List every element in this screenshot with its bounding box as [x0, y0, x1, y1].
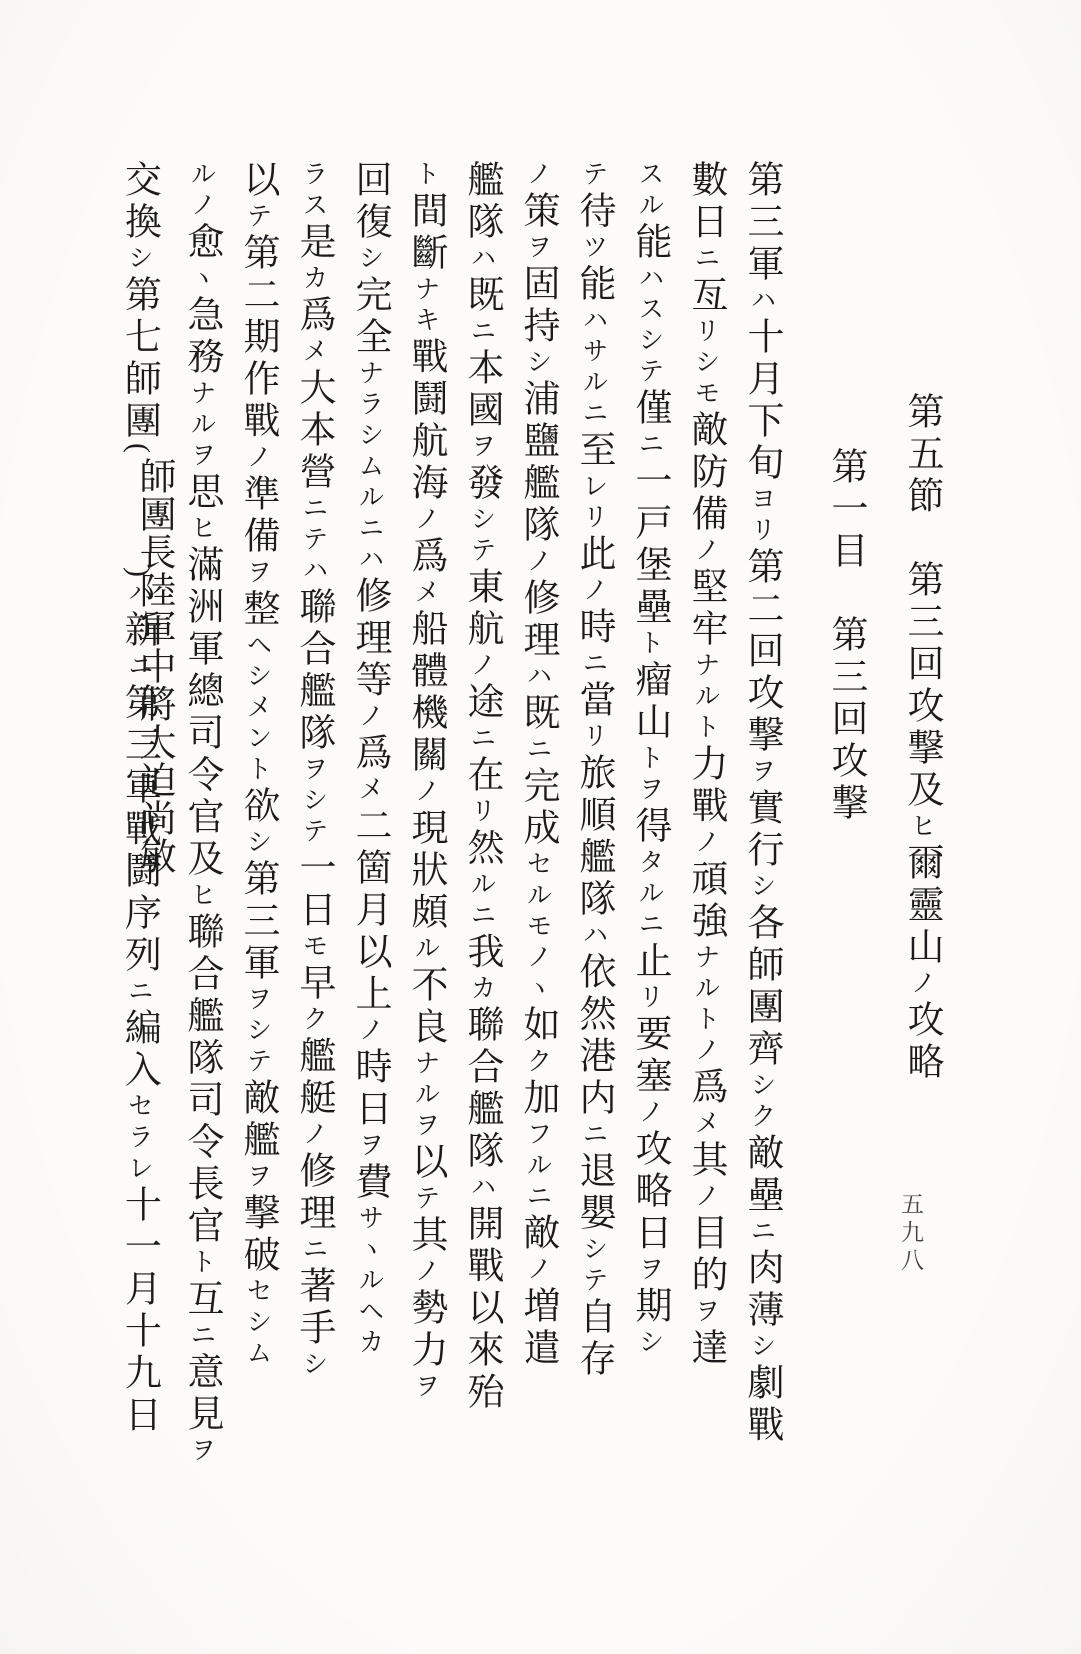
glyph: シ — [523, 348, 552, 379]
glyph: カ — [299, 264, 328, 295]
glyph: 劇 — [741, 1363, 782, 1405]
glyph: 軍 — [741, 244, 782, 286]
glyph: シ — [243, 828, 272, 859]
glyph: 敵 — [741, 1133, 782, 1175]
glyph: サ — [579, 337, 608, 368]
glyph: 聯 — [293, 587, 334, 629]
glyph: テ — [579, 1266, 608, 1297]
glyph: 關 — [405, 735, 446, 777]
glyph: メ — [355, 775, 384, 806]
glyph: 撃 — [901, 728, 942, 770]
glyph: 待 — [573, 191, 614, 233]
glyph: ニ — [579, 1120, 608, 1151]
glyph: ニ — [635, 910, 664, 941]
glyph: 肉 — [741, 1248, 782, 1290]
glyph: ノ — [691, 1036, 720, 1067]
glyph: ヲ — [747, 757, 776, 788]
glyph: ヽ — [523, 974, 552, 1005]
glyph: 意 — [181, 1352, 222, 1394]
glyph: ノ — [523, 160, 552, 191]
glyph: 爾 — [901, 843, 942, 885]
glyph: 師 — [133, 457, 174, 495]
glyph: ハ — [747, 286, 776, 317]
glyph: 序 — [118, 893, 159, 935]
glyph: 頗 — [405, 892, 446, 934]
glyph: ヽ — [187, 264, 216, 295]
glyph: 隊 — [293, 713, 334, 755]
glyph: 略 — [901, 1042, 942, 1084]
glyph: 第 — [118, 683, 159, 725]
glyph: ス — [635, 295, 664, 326]
glyph: シ — [299, 786, 328, 817]
glyph: 第 — [741, 160, 782, 202]
glyph: ニ — [467, 724, 496, 755]
glyph: ル — [355, 1266, 384, 1297]
glyph: 艦 — [573, 837, 614, 879]
glyph: ル — [187, 410, 216, 441]
glyph: シ — [635, 326, 664, 357]
glyph: メ — [691, 1109, 720, 1140]
glyph: 艦 — [293, 671, 334, 713]
glyph: 斷 — [405, 233, 446, 275]
glyph: 三 — [825, 657, 866, 699]
glyph: 戸 — [629, 503, 670, 545]
glyph: 途 — [461, 682, 502, 724]
glyph: 目 — [685, 1213, 726, 1255]
glyph: ラ — [299, 160, 328, 191]
glyph: 師 — [118, 359, 159, 401]
glyph: リ — [579, 503, 608, 534]
glyph: 勢 — [405, 1288, 446, 1330]
glyph: 艦 — [517, 463, 558, 505]
glyph: 列 — [118, 935, 159, 977]
glyph: 一 — [825, 489, 866, 531]
glyph: 以 — [405, 1142, 446, 1184]
glyph: 愈 — [181, 222, 222, 264]
glyph: レ — [124, 1154, 153, 1185]
glyph: 達 — [685, 1328, 726, 1370]
glyph: 止 — [629, 941, 670, 983]
glyph: 力 — [685, 744, 726, 786]
glyph: 各 — [741, 903, 782, 945]
glyph: ナ — [691, 651, 720, 682]
glyph: 現 — [405, 808, 446, 850]
glyph: ル — [411, 934, 440, 965]
glyph: 艦 — [461, 160, 502, 202]
glyph: 戰 — [741, 1405, 782, 1447]
glyph: 準 — [237, 474, 278, 516]
glyph: ナ — [187, 379, 216, 410]
glyph: ノ — [355, 702, 384, 733]
glyph: ル — [635, 191, 664, 222]
glyph: 的 — [685, 1255, 726, 1297]
glyph: 第 — [118, 275, 159, 317]
glyph: 月 — [741, 359, 782, 401]
page-number: 五九八 — [899, 1192, 922, 1276]
glyph: ノ — [411, 1257, 440, 1288]
glyph: ノ — [907, 969, 936, 1000]
glyph: セ — [243, 1277, 272, 1308]
glyph: ハ — [579, 921, 608, 952]
glyph: 著 — [293, 1266, 334, 1308]
glyph: 聯 — [181, 912, 222, 954]
glyph: 來 — [461, 1330, 502, 1372]
glyph: 壘 — [741, 1175, 782, 1217]
glyph: 行 — [741, 830, 782, 872]
glyph: ヲ — [187, 1436, 216, 1467]
glyph: 増 — [517, 1286, 558, 1328]
glyph: 壘 — [629, 587, 670, 629]
glyph: ト — [691, 1005, 720, 1036]
glyph: 九 — [898, 1220, 923, 1248]
glyph: 日 — [349, 1089, 390, 1131]
glyph: リ — [579, 722, 608, 753]
glyph: ハ — [523, 662, 552, 693]
glyph: フ — [523, 1120, 552, 1151]
glyph: 實 — [741, 788, 782, 830]
glyph: 存 — [573, 1339, 614, 1381]
warichu-open-bracket: ( — [122, 443, 155, 455]
glyph: メ — [299, 337, 328, 368]
glyph: 一 — [629, 461, 670, 503]
glyph: 務 — [181, 337, 222, 379]
glyph: 海 — [405, 463, 446, 505]
glyph: 破 — [237, 1235, 278, 1277]
glyph: ノ — [523, 1255, 552, 1286]
glyph: 成 — [517, 808, 558, 850]
glyph: 令 — [181, 1122, 222, 1164]
glyph: 換 — [118, 202, 159, 244]
glyph: 二 — [349, 806, 390, 848]
glyph: 旬 — [741, 443, 782, 485]
glyph: 然 — [573, 994, 614, 1036]
glyph: ル — [691, 682, 720, 713]
glyph: ル — [355, 483, 384, 514]
glyph: セ — [523, 850, 552, 881]
glyph: 狀 — [405, 850, 446, 892]
glyph: 上 — [349, 974, 390, 1016]
glyph: 一 — [293, 848, 334, 890]
glyph: 然 — [461, 828, 502, 870]
glyph: 復 — [349, 202, 390, 244]
glyph: ニ — [124, 977, 153, 1008]
glyph: 略 — [629, 1171, 670, 1213]
glyph: 山 — [629, 702, 670, 744]
glyph: シ — [243, 662, 272, 693]
glyph: 三 — [741, 202, 782, 244]
glyph: テ — [299, 525, 328, 556]
glyph: ヲ — [299, 755, 328, 786]
glyph: ム — [243, 1339, 272, 1370]
glyph: 合 — [293, 629, 334, 671]
glyph: 第 — [741, 547, 782, 589]
glyph: 費 — [349, 1162, 390, 1204]
glyph: 浦 — [517, 379, 558, 421]
glyph: ヲ — [467, 432, 496, 463]
glyph: 官 — [181, 1206, 222, 1248]
glyph: 持 — [517, 306, 558, 348]
glyph: ノ — [523, 547, 552, 578]
glyph: 以 — [349, 932, 390, 974]
glyph: 期 — [237, 317, 278, 359]
glyph: ス — [635, 160, 664, 191]
glyph: 戰 — [461, 1246, 502, 1288]
glyph: ノ — [187, 191, 216, 222]
glyph: 令 — [181, 755, 222, 797]
glyph: 入 — [118, 1050, 159, 1092]
glyph: 合 — [181, 954, 222, 996]
glyph: モ — [299, 932, 328, 963]
glyph: ル — [635, 879, 664, 910]
glyph: 下 — [741, 401, 782, 443]
glyph: 二 — [741, 589, 782, 631]
glyph: ニ — [579, 399, 608, 430]
glyph: ヘ — [243, 631, 272, 662]
glyph: リ — [635, 983, 664, 1014]
glyph: ノ — [691, 1182, 720, 1213]
glyph: 攻 — [825, 741, 866, 783]
glyph: 得 — [629, 806, 670, 848]
glyph: シ — [243, 1016, 272, 1047]
glyph: ハ — [299, 556, 328, 587]
glyph: 箇 — [349, 848, 390, 890]
glyph: 團 — [741, 987, 782, 1029]
glyph: シ — [355, 421, 384, 452]
glyph: 日 — [685, 202, 726, 244]
glyph: 策 — [517, 191, 558, 233]
glyph: ハ — [579, 306, 608, 337]
glyph: 戰 — [685, 786, 726, 828]
glyph: 嬰 — [573, 1193, 614, 1235]
glyph: 日 — [118, 1395, 159, 1437]
glyph: ナ — [355, 359, 384, 390]
glyph: ヲ — [243, 1162, 272, 1193]
glyph: ノ — [691, 828, 720, 859]
glyph: 敵 — [685, 410, 726, 452]
glyph: 爲 — [349, 733, 390, 775]
glyph: 完 — [349, 275, 390, 317]
glyph: 能 — [629, 222, 670, 264]
glyph: ヲ — [355, 1131, 384, 1162]
glyph: 團 — [133, 495, 174, 533]
glyph: 十 — [741, 317, 782, 359]
glyph: タ — [635, 848, 664, 879]
glyph: 節 — [901, 476, 942, 518]
glyph: ク — [747, 1102, 776, 1133]
glyph: 堡 — [629, 545, 670, 587]
glyph: セ — [124, 1092, 153, 1123]
glyph: ハ — [467, 1173, 496, 1204]
glyph: 編 — [118, 1008, 159, 1050]
glyph: 時 — [573, 607, 614, 649]
glyph: カ — [467, 974, 496, 1005]
glyph: 欲 — [237, 786, 278, 828]
glyph: ル — [579, 368, 608, 399]
glyph: 戰 — [237, 401, 278, 443]
glyph: 塞 — [629, 1056, 670, 1098]
subsection-heading: 第一目 第三回攻撃 — [806, 160, 864, 1490]
glyph: 二 — [237, 275, 278, 317]
glyph: 長 — [133, 533, 174, 571]
glyph: テ — [579, 160, 608, 191]
glyph: 攻 — [901, 1000, 942, 1042]
glyph: 此 — [573, 534, 614, 576]
glyph: メ — [411, 578, 440, 609]
glyph: ハ — [124, 579, 153, 610]
glyph: シ — [747, 1071, 776, 1102]
glyph: テ — [243, 1047, 272, 1078]
text-column: スル能ハスシテ僅ニ一戸堡壘ト瘤山トヲ得タルニ止リ要塞ノ攻略日ヲ期シ — [618, 160, 668, 1490]
glyph: 第 — [237, 859, 278, 901]
glyph: テ — [467, 536, 496, 567]
glyph: 敵 — [237, 1078, 278, 1120]
section-heading: 第五節 第三回攻撃及ヒ爾靈山ノ攻略 — [882, 160, 940, 1490]
glyph: 依 — [573, 952, 614, 994]
glyph: 隊 — [181, 1038, 222, 1080]
glyph: モ — [523, 912, 552, 943]
glyph: 殆 — [461, 1372, 502, 1414]
glyph: 及 — [181, 839, 222, 881]
glyph: 互 — [181, 1279, 222, 1321]
glyph: ク — [523, 1047, 552, 1078]
glyph: ニ — [355, 514, 384, 545]
glyph: 爲 — [293, 295, 334, 337]
glyph: 及 — [901, 770, 942, 812]
glyph: 要 — [629, 1014, 670, 1056]
glyph: 僅 — [629, 388, 670, 430]
glyph: 師 — [741, 945, 782, 987]
glyph: ノ — [523, 943, 552, 974]
glyph: 既 — [461, 275, 502, 317]
glyph: 加 — [517, 1078, 558, 1120]
glyph: ニ — [124, 652, 153, 683]
glyph: シ — [355, 244, 384, 275]
glyph: 爲 — [685, 1067, 726, 1109]
glyph: 發 — [461, 463, 502, 505]
glyph: 八 — [898, 1248, 923, 1276]
glyph: ナ — [411, 1049, 440, 1080]
glyph: ヲ — [523, 233, 552, 264]
text-column: ルノ愈ヽ急務ナルヲ思ヒ滿洲軍總司令官及ヒ聯合艦隊司令長官ト互ニ意見ヲ — [170, 160, 220, 1490]
glyph: ノ — [635, 1098, 664, 1129]
glyph: シ — [299, 1350, 328, 1381]
glyph: シ — [467, 505, 496, 536]
text-column: ラス是カ爲メ大本營ニテハ聯合艦隊ヲシテ一日モ早ク艦艇ノ修理ニ著手シ — [282, 160, 332, 1490]
glyph: 見 — [181, 1394, 222, 1436]
text-column: 艦隊ハ既ニ本國ヲ發シテ東航ノ途ニ在リ然ルニ我カ聯合艦隊ハ開戰以來殆 — [450, 160, 500, 1490]
glyph: 順 — [573, 795, 614, 837]
glyph: 七 — [118, 317, 159, 359]
glyph: 總 — [181, 671, 222, 713]
glyph: テ — [635, 357, 664, 388]
glyph: ノ — [691, 536, 720, 567]
glyph: ヲ — [635, 775, 664, 806]
glyph: 三 — [901, 602, 942, 644]
glyph: 聯 — [461, 1005, 502, 1047]
glyph: キ — [411, 306, 440, 337]
glyph: 軍 — [118, 767, 159, 809]
glyph: ル — [187, 160, 216, 191]
glyph: 第 — [825, 615, 866, 657]
glyph: 大 — [293, 368, 334, 410]
glyph: 回 — [901, 644, 942, 686]
glyph — [825, 573, 866, 615]
glyph: ト — [187, 1248, 216, 1279]
glyph: 瘤 — [629, 660, 670, 702]
glyph: 九 — [118, 1353, 159, 1395]
glyph: ヲ — [187, 441, 216, 472]
glyph: テ — [299, 817, 328, 848]
glyph: リ — [691, 317, 720, 348]
glyph: 滿 — [181, 545, 222, 587]
glyph: 理 — [293, 1193, 334, 1235]
glyph: 其 — [405, 1215, 446, 1257]
glyph: ニ — [523, 735, 552, 766]
glyph: 修 — [349, 576, 390, 618]
glyph: 鹽 — [517, 421, 558, 463]
glyph: 第 — [901, 560, 942, 602]
glyph: シ — [747, 872, 776, 903]
glyph: ヒ — [907, 812, 936, 843]
glyph: ノ — [299, 1120, 328, 1151]
glyph: ト — [635, 629, 664, 660]
glyph: 體 — [405, 651, 446, 693]
glyph: ニ — [299, 1235, 328, 1266]
glyph: ニ — [299, 494, 328, 525]
glyph: 軍 — [237, 943, 278, 985]
glyph: ニ — [523, 1182, 552, 1213]
glyph: 山 — [901, 927, 942, 969]
glyph: 船 — [405, 609, 446, 651]
glyph: 五 — [901, 434, 942, 476]
glyph: 作 — [237, 359, 278, 401]
glyph: 我 — [461, 932, 502, 974]
glyph: ヲ — [411, 1372, 440, 1403]
glyph: ニ — [187, 1321, 216, 1352]
glyph: ハ — [355, 545, 384, 576]
glyph: 隊 — [517, 505, 558, 547]
glyph: ニ — [747, 1217, 776, 1248]
glyph: 完 — [517, 766, 558, 808]
glyph: 第 — [901, 392, 942, 434]
glyph: ノ — [411, 777, 440, 808]
text-column: 數日ニ亙リシモ敵防備ノ堅牢ナルト力戰ノ頑強ナルトノ爲メ其ノ目的ヲ達 — [674, 160, 724, 1490]
glyph: 官 — [181, 797, 222, 839]
glyph: 急 — [181, 295, 222, 337]
glyph: 十 — [118, 1311, 159, 1353]
glyph: メ — [243, 693, 272, 724]
glyph: 撃 — [825, 783, 866, 825]
glyph: 備 — [237, 516, 278, 558]
glyph: ヲ — [243, 558, 272, 589]
glyph: 隊 — [461, 1131, 502, 1173]
glyph: 修 — [293, 1151, 334, 1193]
glyph: 齊 — [741, 1029, 782, 1071]
text-block: 第五節 第三回攻撃及ヒ爾靈山ノ攻略 第一目 第三回攻撃 第三軍ハ十月下旬ヨリ第二… — [114, 160, 940, 1490]
glyph: 撃 — [741, 715, 782, 757]
glyph: 自 — [573, 1297, 614, 1339]
glyph: ヲ — [691, 1297, 720, 1328]
glyph: ニ — [467, 901, 496, 932]
glyph: 軍 — [181, 629, 222, 671]
glyph: 力 — [405, 1330, 446, 1372]
glyph: 手 — [293, 1308, 334, 1350]
glyph: ム — [355, 452, 384, 483]
glyph: ン — [243, 724, 272, 755]
glyph: 團 — [118, 401, 159, 443]
glyph: ヒ — [187, 514, 216, 545]
glyph: 月 — [118, 1269, 159, 1311]
